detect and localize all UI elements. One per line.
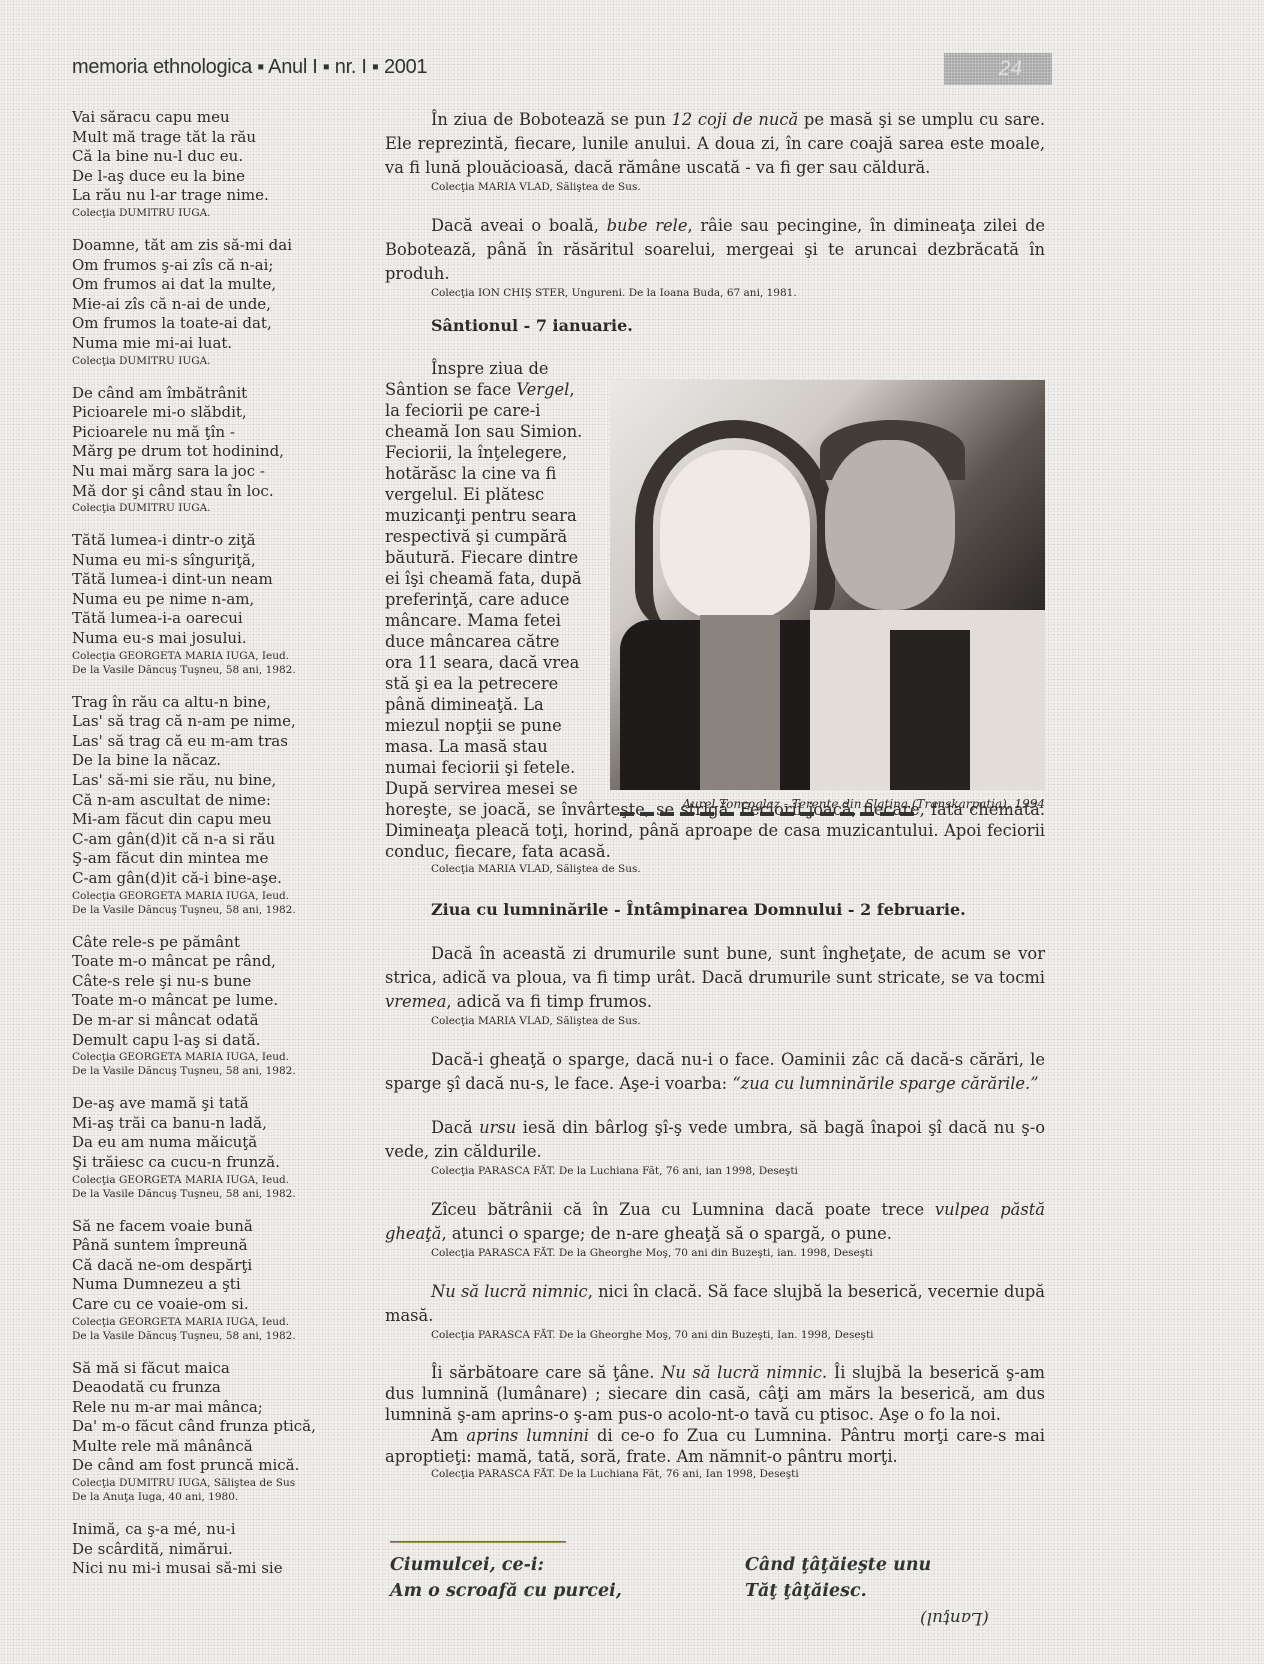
poem-credit: Colecţia DUMITRU IUGA.: [72, 206, 342, 220]
credit: Colecţia PARASCA FĂT. De la Luchiana Făt…: [385, 1164, 1045, 1178]
poem-line: Toate m-o mâncat pe lume.: [72, 991, 342, 1011]
credit: Colecţia MARIA VLAD, Săliştea de Sus.: [385, 180, 1045, 194]
poem-line: Numa Dumnezeu a şti: [72, 1275, 342, 1295]
poem-line: Nu mai mărg sara la joc -: [72, 462, 342, 482]
poem-line: De-aş ave mamă şi tată: [72, 1094, 342, 1114]
poem-line: Mie-ai zîs că n-ai de unde,: [72, 295, 342, 315]
paragraph-vergel: Înspre ziua de Sântion se face Vergel, l…: [385, 358, 590, 799]
running-header: memoria ethnologica ▪ Anul I ▪ nr. I ▪ 2…: [72, 56, 1052, 86]
poem-line: C-am gân(d)it că-i bine-aşe.: [72, 869, 342, 889]
poem-line: Şi trăiesc ca cucu-n frunză.: [72, 1153, 342, 1173]
paragraph-nu-sa-lucra: Nu să lucră nimnic, nici în clacă. Să fa…: [385, 1280, 1045, 1328]
poem: Trag în rău ca altu-n bine,Las' să trag …: [72, 693, 342, 917]
page-number: 24: [944, 53, 1052, 85]
poem-line: Ş-am făcut din mintea me: [72, 849, 342, 869]
poem-line: Da' m-o făcut când frunza ptică,: [72, 1417, 342, 1437]
poem-credit: Colecţia GEORGETA MARIA IUGA, Ieud.: [72, 1173, 342, 1187]
poem-credit: Colecţia DUMITRU IUGA.: [72, 501, 342, 515]
journal-title: memoria ethnologica ▪ Anul I ▪ nr. I ▪ 2…: [72, 56, 427, 79]
poem-line: Până suntem împreună: [72, 1236, 342, 1256]
poem-credit: De la Vasile Dăncuş Tuşneu, 58 ani, 1982…: [72, 1329, 342, 1343]
poem: Să ne facem voaie bunăPână suntem împreu…: [72, 1217, 342, 1343]
poem-credit: Colecţia GEORGETA MARIA IUGA, Ieud.: [72, 1050, 342, 1064]
riddle-right: Când ţâţăieşte unu Tăţ ţâţăiesc.: [745, 1552, 931, 1604]
poem-line: C-am gân(d)it că n-a si rău: [72, 830, 342, 850]
poem-line: Care cu ce voaie-om si.: [72, 1295, 342, 1315]
credit: Colecţia PARASCA FĂT. De la Gheorghe Moş…: [385, 1328, 1045, 1342]
poem-line: Multe rele mă mânâncă: [72, 1437, 342, 1457]
decorative-bar: [620, 812, 920, 816]
poem-line: De când am fost pruncă mică.: [72, 1456, 342, 1476]
poem-line: Vai săracu capu meu: [72, 108, 342, 128]
poem-line: Las' să-mi sie rău, nu bine,: [72, 771, 342, 791]
poem: De-aş ave mamă şi tatăMi-aş trăi ca banu…: [72, 1094, 342, 1200]
poem-line: Trag în rău ca altu-n bine,: [72, 693, 342, 713]
poem-line: Deaodată cu frunza: [72, 1378, 342, 1398]
paragraph-sarbatoare: Îi sărbătoare care să ţâne. Nu să lucră …: [385, 1362, 1045, 1425]
poem-credit: De la Vasile Dăncuş Tuşneu, 58 ani, 1982…: [72, 1187, 342, 1201]
poem-line: Tătă lumea-i-a oarecui: [72, 609, 342, 629]
poem-line: Nici nu mi-i musai să-mi sie: [72, 1559, 342, 1579]
poem-credit: De la Anuţa Iuga, 40 ani, 1980.: [72, 1490, 342, 1504]
poem-line: Numa eu mi-s sînguriţă,: [72, 551, 342, 571]
poem-line: De la bine la năcaz.: [72, 751, 342, 771]
poem-line: Om frumos ş-ai zîs că n-ai;: [72, 256, 342, 276]
poem-credit: Colecţia GEORGETA MARIA IUGA, Ieud.: [72, 1315, 342, 1329]
poem-line: De m-ar si mâncat odată: [72, 1011, 342, 1031]
poem-line: Inimă, ca ş-a mé, nu-i: [72, 1520, 342, 1540]
poem-line: Numa mie mi-ai luat.: [72, 334, 342, 354]
paragraph-vulpea: Zîceu bătrânii că în Zua cu Lumnina dacă…: [385, 1198, 1045, 1246]
poem-line: Câte rele-s pe pământ: [72, 933, 342, 953]
photo-couple-traditional-dress: [610, 380, 1045, 790]
section-heading-luminarile: Ziua cu lumninările - Întâmpinarea Domnu…: [385, 898, 1045, 922]
poem-line: Că la bine nu-l duc eu.: [72, 147, 342, 167]
credit: Colecţia PARASCA FĂT. De la Luchiana Făt…: [385, 1467, 1045, 1481]
paragraph-aprins-lumnini: Am aprins lumnini di ce-o fo Zua cu Lumn…: [385, 1425, 1045, 1467]
poem: Câte rele-s pe pământToate m-o mâncat pe…: [72, 933, 342, 1079]
poem-line: Tătă lumea-i dintr-o ziţă: [72, 531, 342, 551]
poem-line: De l-aş duce eu la bine: [72, 167, 342, 187]
poem: Să mă si făcut maicaDeaodată cu frunzaRe…: [72, 1359, 342, 1505]
poem-line: Las' să trag că eu m-am tras: [72, 732, 342, 752]
poem-credit: Colecţia GEORGETA MARIA IUGA, Ieud.: [72, 649, 342, 663]
poem-credit: De la Vasile Dăncuş Tuşneu, 58 ani, 1982…: [72, 903, 342, 917]
poem-line: Mărg pe drum tot hodinind,: [72, 442, 342, 462]
credit: Colecţia PARASCA FĂT. De la Gheorghe Moş…: [385, 1246, 1045, 1260]
riddle-answer-upside-down: (Lanţul): [920, 1608, 989, 1628]
poem-credit: Colecţia DUMITRU IUGA, Săliştea de Sus: [72, 1476, 342, 1490]
credit: Colecţia MARIA VLAD, Săliştea de Sus.: [385, 862, 1045, 876]
poem-line: Doamne, tăt am zis să-mi dai: [72, 236, 342, 256]
poem-line: Picioarele mi-o slăbdit,: [72, 403, 342, 423]
poem-line: Câte-s rele şi nu-s bune: [72, 972, 342, 992]
poem: De când am îmbătrânitPicioarele mi-o slă…: [72, 384, 342, 516]
poem-line: Că dacă ne-om despărţi: [72, 1256, 342, 1276]
photo-figure: Aurel Toncoglaz - Terente din Slatina (T…: [610, 380, 1045, 825]
paragraph-boboteaza-illness: Dacă aveai o boală, bube rele, râie sau …: [385, 214, 1045, 286]
poem-line: Tătă lumea-i dint-un neam: [72, 570, 342, 590]
poem-line: Să ne facem voaie bună: [72, 1217, 342, 1237]
poem-line: Om frumos la toate-ai dat,: [72, 314, 342, 334]
poem-line: Să mă si făcut maica: [72, 1359, 342, 1379]
poem-credit: De la Vasile Dăncuş Tuşneu, 58 ani, 1982…: [72, 1064, 342, 1078]
poem: Doamne, tăt am zis să-mi daiOm frumos ş-…: [72, 236, 342, 368]
poem-line: Mi-am făcut din capu meu: [72, 810, 342, 830]
credit: Colecţia MARIA VLAD, Săliştea de Sus.: [385, 1014, 1045, 1028]
photo-caption: Aurel Toncoglaz - Terente din Slatina (T…: [610, 790, 1045, 812]
poem-line: Demult capu l-aş si dată.: [72, 1031, 342, 1051]
poem-line: Mi-aş trăi ca banu-n ladă,: [72, 1114, 342, 1134]
poem-credit: Colecţia DUMITRU IUGA.: [72, 354, 342, 368]
poem: Vai săracu capu meuMult mă trage tăt la …: [72, 108, 342, 220]
poem-line: De când am îmbătrânit: [72, 384, 342, 404]
credit: Colecţia ION CHIŞ STER, Ungureni. De la …: [385, 286, 1045, 300]
section-divider: [390, 1541, 566, 1543]
poem-line: Toate m-o mâncat pe rând,: [72, 952, 342, 972]
poem-line: Numa eu-s mai josului.: [72, 629, 342, 649]
paragraph-ursu: Dacă ursu iesă din bârlog şî-ş vede umbr…: [385, 1116, 1045, 1164]
poem-line: Că n-am ascultat de nime:: [72, 791, 342, 811]
poem-line: De scârdită, nimărui.: [72, 1540, 342, 1560]
poem: Tătă lumea-i dintr-o ziţăNuma eu mi-s sî…: [72, 531, 342, 677]
section-heading-santion: Sântionul - 7 ianuarie.: [385, 314, 1045, 338]
riddle-left: Ciumulcei, ce-i: Am o scroafă cu purcei,: [390, 1552, 622, 1604]
poem-line: Las' să trag că n-am pe nime,: [72, 712, 342, 732]
poem-line: Mult mă trage tăt la rău: [72, 128, 342, 148]
paragraph-drumurile: Dacă în această zi drumurile sunt bune, …: [385, 942, 1045, 1014]
poem: Inimă, ca ş-a mé, nu-iDe scârdită, nimăr…: [72, 1520, 342, 1579]
poem-line: Picioarele nu mă ţîn -: [72, 423, 342, 443]
poem-line: Rele nu m-ar mai mânca;: [72, 1398, 342, 1418]
santion-wrapped-text: Înspre ziua de Sântion se face Vergel, l…: [385, 358, 590, 799]
paragraph-gheata: Dacă-i gheaţă o sparge, dacă nu-i o face…: [385, 1048, 1045, 1096]
poem-line: Om frumos ai dat la multe,: [72, 275, 342, 295]
poem-credit: De la Vasile Dăncuş Tuşneu, 58 ani, 1982…: [72, 663, 342, 677]
poem-line: La rău nu l-ar trage nime.: [72, 186, 342, 206]
poem-line: Da eu am numa măicuţă: [72, 1133, 342, 1153]
poem-credit: Colecţia GEORGETA MARIA IUGA, Ieud.: [72, 889, 342, 903]
poems-column: Vai săracu capu meuMult mă trage tăt la …: [72, 108, 342, 1595]
poem-line: Mă dor şi când stau în loc.: [72, 482, 342, 502]
poem-line: Numa eu pe nime n-am,: [72, 590, 342, 610]
paragraph-boboteaza-nuts: În ziua de Bobotează se pun 12 coji de n…: [385, 108, 1045, 180]
